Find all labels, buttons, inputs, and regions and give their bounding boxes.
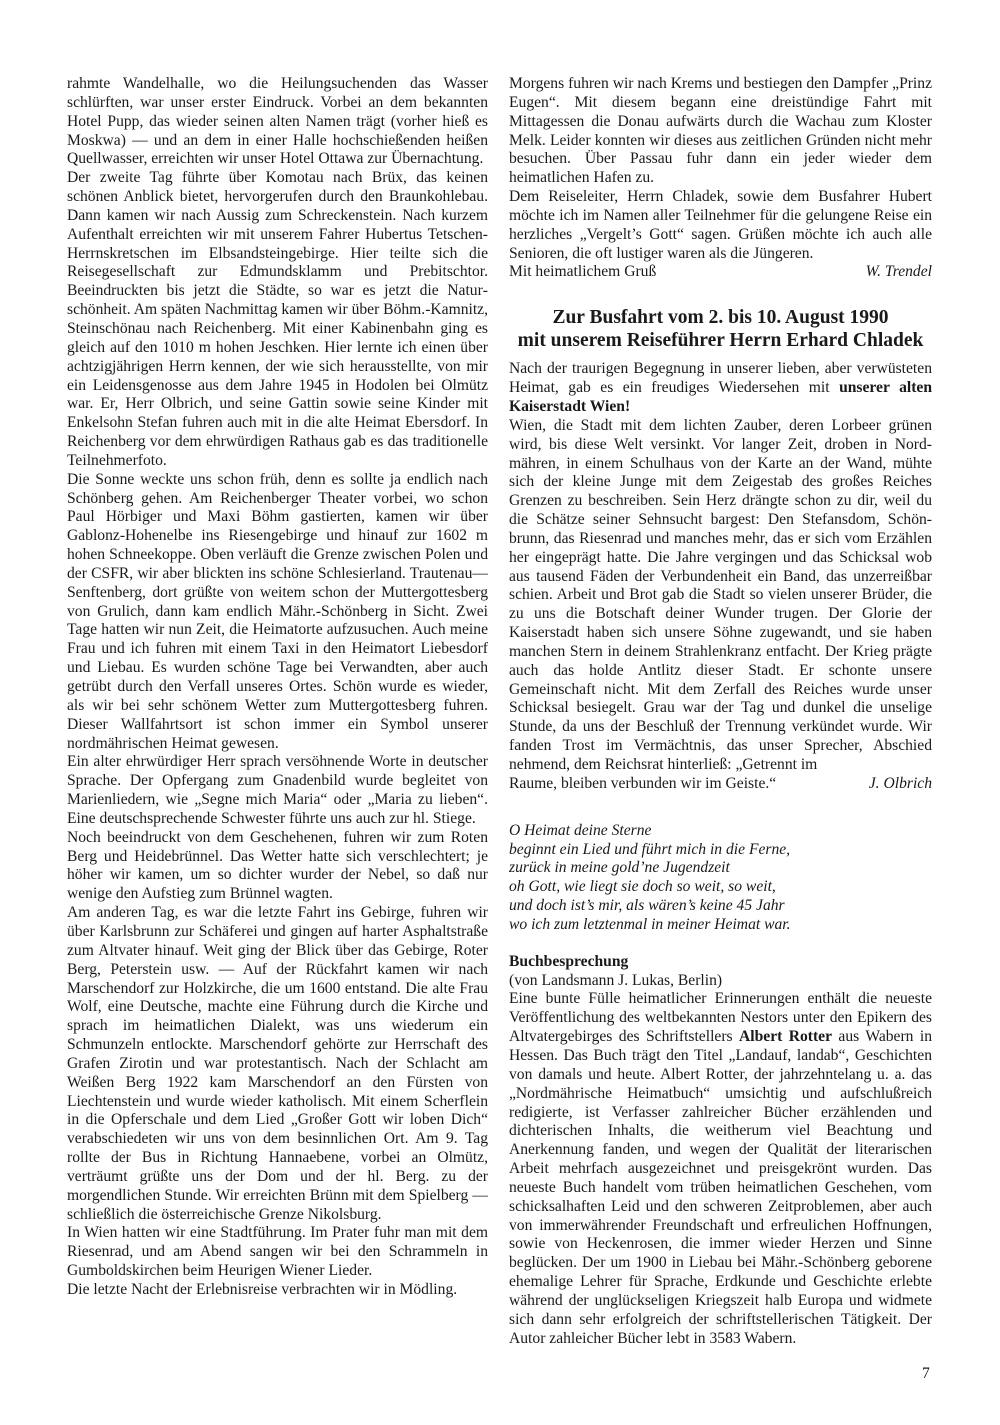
- article-bus-trip: Zur Busfahrt vom 2. bis 10. August 1990 …: [509, 306, 932, 793]
- paragraph: Noch beeindruckt von dem Geschehenen, fu…: [67, 829, 488, 904]
- review-text: aus Wa­bern in Hessen. Das Buch trägt de…: [509, 1028, 932, 1347]
- book-review-title: Buchbesprechung: [509, 953, 932, 972]
- page-number: 7: [922, 1365, 930, 1383]
- book-review-body: Eine bunte Fülle heimatlicher Erinnerung…: [509, 990, 932, 1348]
- article-body: Wien, die Stadt mit dem lichten Zauber, …: [509, 417, 932, 775]
- article-heading: Zur Busfahrt vom 2. bis 10. August 1990 …: [509, 306, 932, 352]
- paragraph: Die letzte Nacht der Erlebnisreise verbr…: [67, 1281, 488, 1300]
- right-column: Morgens fuhren wir nach Krems und bestie…: [509, 75, 932, 1348]
- poem: O Heimat deine Sterne beginnt ein Lied u…: [509, 822, 932, 935]
- paragraph: Ein alter ehrwürdiger Herr sprach versöh…: [67, 753, 488, 828]
- article-last-text: Raume, bleiben verbunden wir im Geiste.“: [509, 775, 776, 794]
- book-review: Buchbesprechung (von Landsmann J. Lukas,…: [509, 953, 932, 1349]
- paragraph: Die Sonne weckte uns schon früh, denn es…: [67, 471, 488, 754]
- poem-line: oh Gott, wie liegt sie doch so weit, so …: [509, 878, 932, 897]
- paragraph: In Wien hatten wir eine Stadtführung. Im…: [67, 1224, 488, 1281]
- book-review-byline: (von Landsmann J. Lukas, Berlin): [509, 972, 932, 991]
- author-signature: W. Trendel: [866, 263, 932, 282]
- article-title-line-1: Zur Busfahrt vom 2. bis 10. August 1990: [509, 306, 932, 329]
- article-intro: Nach der traurigen Begegnung in unserer …: [509, 360, 932, 417]
- left-column: rahmte Wandelhalle, wo die Heilungsuchen…: [67, 75, 488, 1300]
- poem-line: und doch ist’s mir, als wären’s keine 45…: [509, 897, 932, 916]
- closing-line: Mit heimatlichem Gruß W. Trendel: [509, 263, 932, 282]
- paragraph: Der zweite Tag führte über Komotau nach …: [67, 169, 488, 471]
- article-title-line-2: mit unserem Reiseführer Herrn Erhard Chl…: [509, 329, 932, 352]
- travel-report-continuation: Morgens fuhren wir nach Krems und bestie…: [509, 75, 932, 282]
- paragraph: Am anderen Tag, es war die letzte Fahrt …: [67, 904, 488, 1224]
- closing-greeting: Mit heimatlichem Gruß: [509, 263, 656, 282]
- paragraph: rahmte Wandelhalle, wo die Heilungsuchen…: [67, 75, 488, 169]
- author-name: Albert Rotter: [739, 1028, 832, 1045]
- paragraph: Dem Reiseleiter, Herrn Chladek, sowie de…: [509, 188, 932, 263]
- poem-line: wo ich zum letztenmal in meiner Heimat w…: [509, 916, 932, 935]
- poem-line: zurück in meine gold’ne Jugendzeit: [509, 859, 932, 878]
- article-last-line: Raume, bleiben verbunden wir im Geiste.“…: [509, 775, 932, 794]
- poem-line: beginnt ein Lied und führt mich in die F…: [509, 841, 932, 860]
- poem-line: O Heimat deine Sterne: [509, 822, 932, 841]
- article-signature: J. Olbrich: [869, 775, 932, 794]
- paragraph: Morgens fuhren wir nach Krems und bestie…: [509, 75, 932, 188]
